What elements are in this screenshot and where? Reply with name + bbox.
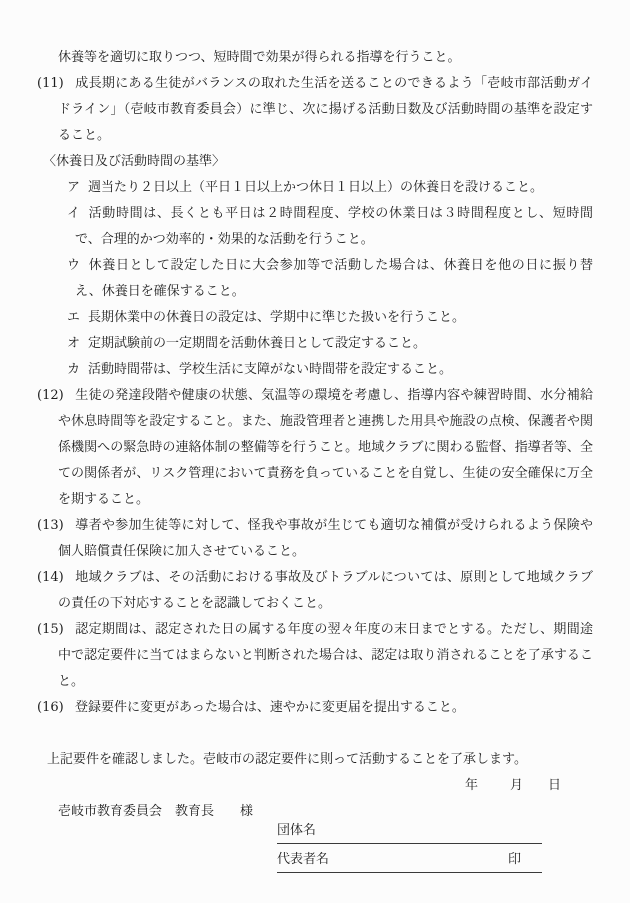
item-text: 長期休業中の休養日の設定は、学期中に準じた扱いを行うこと。 (88, 310, 465, 325)
item-text: 活動時間は、長くとも平日は２時間程度、学校の休業日は３時間程度とし、短時間で、合… (75, 206, 593, 247)
item-text: 定期試験前の一定期間を活動休養日として設定すること。 (88, 336, 426, 351)
representative-name-label: 代表者名 (277, 848, 329, 872)
group-name-label: 団体名 (277, 819, 316, 843)
item-kana: カ (67, 357, 88, 383)
item-text: 成長期にある生徒がバランスの取れた生活を送ることのできるよう「壱岐市部活動ガイド… (58, 76, 593, 143)
item-text: 地域クラブは、その活動における事故及びトラブルについては、原則として地域クラブの… (58, 570, 593, 611)
item-kana: イ (67, 201, 88, 227)
document-page: 休養等を適切に取りつつ、短時間で効果が得られる指導を行うこと。 (11)成長期に… (0, 0, 630, 903)
item-text: 生徒の発達段階や健康の状態、気温等の環境を考慮し、指導内容や練習時間、水分補給や… (58, 388, 593, 507)
seal-mark-label: 印 (508, 848, 521, 872)
item-kana: ウ (67, 253, 88, 279)
item-number: (12) (37, 383, 75, 409)
item-text: 認定期間は、認定された日の属する年度の翌々年度の末日までとする。ただし、期間途中… (58, 622, 593, 689)
item-number: (15) (37, 617, 75, 643)
date-year-label: 年 (465, 778, 478, 793)
item-number: (16) (37, 695, 75, 721)
standard-item-o: オ定期試験前の一定期間を活動休養日として設定すること。 (37, 331, 593, 357)
date-month-label: 月 (510, 778, 523, 793)
form-field-representative-name: 代表者名 印 (277, 848, 542, 873)
standard-item-a: ア週当たり２日以上（平日１日以上かつ休日１日以上）の休養日を設けること。 (37, 175, 593, 201)
item-number: (14) (37, 565, 75, 591)
item-text: 活動時間帯は、学校生活に支障がない時間帯を設定すること。 (88, 362, 452, 377)
numbered-item-16: (16)登録要件に変更があった場合は、速やかに変更届を提出すること。 (37, 695, 593, 721)
numbered-item-11: (11)成長期にある生徒がバランスの取れた生活を送ることのできるよう「壱岐市部活… (37, 71, 593, 149)
item-kana: オ (67, 331, 88, 357)
form-field-group-name: 団体名 (277, 819, 542, 844)
item-text: 休養日として設定した日に大会参加等で活動した場合は、休養日を他の日に振り替え、休… (75, 258, 593, 299)
date-line: 年月日 (37, 773, 593, 799)
date-day-label: 日 (548, 778, 561, 793)
standard-item-ka: カ活動時間帯は、学校生活に支障がない時間帯を設定すること。 (37, 357, 593, 383)
item-text: 導者や参加生徒等に対して、怪我や事故が生じても適切な補償が受けられるよう保険や個… (58, 518, 593, 559)
item-kana: ア (67, 175, 88, 201)
standard-item-e: エ長期休業中の休養日の設定は、学期中に準じた扱いを行うこと。 (37, 305, 593, 331)
numbered-item-12: (12)生徒の発達段階や健康の状態、気温等の環境を考慮し、指導内容や練習時間、水… (37, 383, 593, 513)
item-number: (11) (37, 71, 75, 97)
paragraph-continuation: 休養等を適切に取りつつ、短時間で効果が得られる指導を行うこと。 (37, 45, 593, 71)
numbered-item-15: (15)認定期間は、認定された日の属する年度の翌々年度の末日までとする。ただし、… (37, 617, 593, 695)
standards-heading: 〈休養日及び活動時間の基準〉 (37, 149, 593, 175)
item-text: 登録要件に変更があった場合は、速やかに変更届を提出すること。 (75, 700, 465, 715)
numbered-item-13: (13)導者や参加生徒等に対して、怪我や事故が生じても適切な補償が受けられるよう… (37, 513, 593, 565)
numbered-item-14: (14)地域クラブは、その活動における事故及びトラブルについては、原則として地域… (37, 565, 593, 617)
item-text: 週当たり２日以上（平日１日以上かつ休日１日以上）の休養日を設けること。 (88, 180, 543, 195)
item-kana: エ (67, 305, 88, 331)
standard-item-u: ウ休養日として設定した日に大会参加等で活動した場合は、休養日を他の日に振り替え、… (37, 253, 593, 305)
confirmation-statement: 上記要件を確認しました。壱岐市の認定要件に則って活動することを了承します。 (37, 747, 593, 773)
item-number: (13) (37, 513, 75, 539)
standard-item-i: イ活動時間は、長くとも平日は２時間程度、学校の休業日は３時間程度とし、短時間で、… (37, 201, 593, 253)
